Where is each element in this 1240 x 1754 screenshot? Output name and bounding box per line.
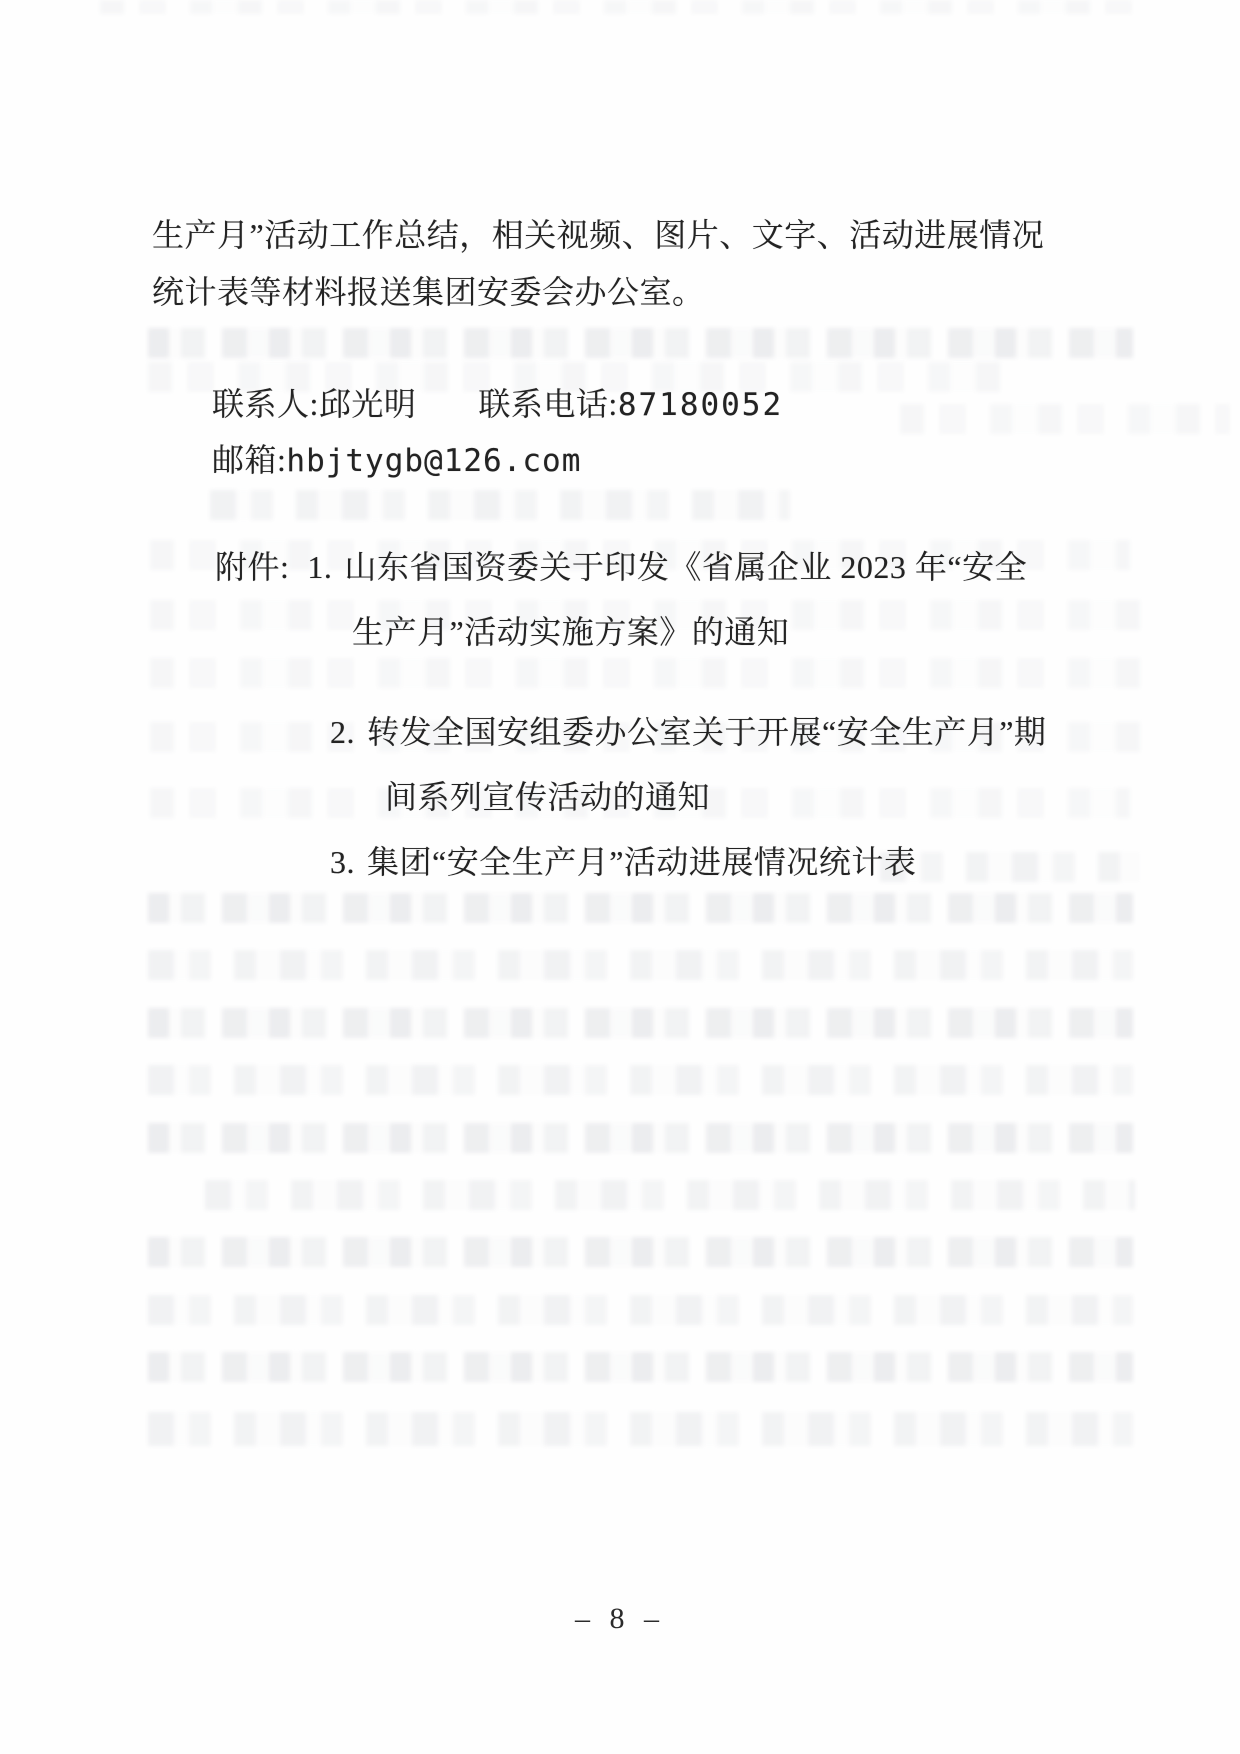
contact-phone-number: 87180052 bbox=[618, 387, 783, 423]
bleedthrough-line bbox=[148, 328, 1133, 358]
body-line-1: 生产月”活动工作总结，相关视频、图片、文字、活动进展情况 bbox=[152, 214, 1044, 256]
email-line: 邮箱:hbjtygb@126.com bbox=[212, 439, 581, 482]
bleedthrough-line bbox=[148, 1352, 1133, 1382]
attachment-item-1-line-2: 生产月”活动实施方案》的通知 bbox=[352, 611, 789, 653]
bleedthrough-line bbox=[100, 0, 1140, 14]
bleedthrough-line bbox=[148, 893, 1133, 923]
bleedthrough-line bbox=[880, 852, 1140, 882]
bleedthrough-line bbox=[148, 1123, 1133, 1153]
bleedthrough-line bbox=[148, 1237, 1133, 1267]
contact-person-label: 联系人: bbox=[212, 386, 319, 422]
attachment-text: 山东省国资委关于印发《省属企业 2023 年“安全 bbox=[344, 549, 1027, 585]
attachments-label: 附件: bbox=[215, 549, 289, 585]
bleedthrough-line bbox=[148, 1295, 1133, 1325]
contact-line: 联系人:邱光明联系电话:87180052 bbox=[212, 383, 783, 426]
body-line-2: 统计表等材料报送集团安委会办公室。 bbox=[152, 271, 705, 313]
attachment-item-3-line-1: 3.集团“安全生产月”活动进展情况统计表 bbox=[330, 841, 916, 883]
bleedthrough-line bbox=[150, 658, 1140, 688]
contact-phone-label: 联系电话: bbox=[478, 386, 617, 422]
attachment-item-1-line-1: 附件:1.山东省国资委关于印发《省属企业 2023 年“安全 bbox=[215, 546, 1027, 588]
attachment-text: 转发全国安组委办公室关于开展“安全生产月”期 bbox=[367, 714, 1046, 750]
attachment-item-2-line-1: 2.转发全国安组委办公室关于开展“安全生产月”期 bbox=[330, 711, 1046, 753]
bleedthrough-line bbox=[148, 1412, 1133, 1446]
bleedthrough-line bbox=[900, 404, 1230, 434]
bleedthrough-line bbox=[148, 950, 1133, 980]
attachment-item-2-line-2: 间系列宣传活动的通知 bbox=[385, 776, 710, 818]
document-page: 生产月”活动工作总结，相关视频、图片、文字、活动进展情况 统计表等材料报送集团安… bbox=[0, 0, 1240, 1754]
bleedthrough-line bbox=[148, 1008, 1133, 1038]
bleedthrough-line bbox=[210, 490, 790, 520]
email-label: 邮箱: bbox=[212, 442, 286, 478]
attachment-text: 集团“安全生产月”活动进展情况统计表 bbox=[367, 844, 916, 880]
page-number: – 8 – bbox=[0, 1602, 1240, 1636]
attachment-number-3: 3. bbox=[330, 844, 355, 880]
attachment-number-2: 2. bbox=[330, 714, 355, 750]
contact-person-name: 邱光明 bbox=[319, 386, 417, 422]
email-value: hbjtygb@126.com bbox=[286, 443, 581, 479]
bleedthrough-line bbox=[148, 1065, 1133, 1095]
bleedthrough-line bbox=[205, 1180, 1135, 1210]
attachment-number-1: 1. bbox=[307, 549, 332, 585]
